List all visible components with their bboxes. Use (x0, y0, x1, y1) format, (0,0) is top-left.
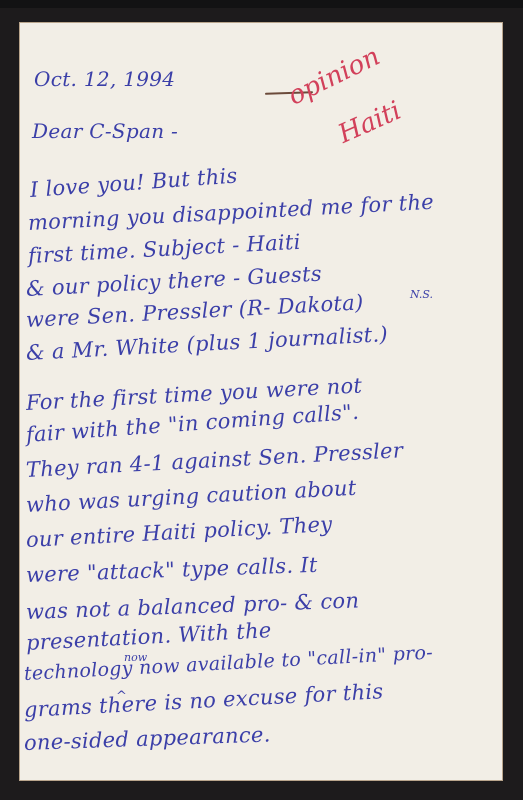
letter-date: Oct. 12, 1994 (34, 67, 175, 91)
body-line: was not a balanced pro- & con (26, 588, 360, 624)
body-line: who was urging caution about (25, 476, 357, 517)
body-line: presentation. With the (25, 618, 272, 655)
body-line: one-sided appearance. (24, 722, 271, 755)
body-line: were "attack" type calls. It (26, 553, 318, 587)
body-line: first time. Subject - Haiti (27, 230, 301, 268)
body-line: I love you! But this (29, 164, 238, 202)
letter-salutation: Dear C-Span - (32, 119, 178, 143)
body-line: our entire Haiti policy. They (25, 512, 333, 552)
red-annotation-haiti: Haiti (334, 96, 406, 150)
letter-page: Oct. 12, 1994 Dear C-Span - opinion Hait… (20, 23, 502, 780)
scanner-frame-edge (0, 0, 523, 8)
body-line: grams there is no excuse for this (23, 679, 384, 722)
red-annotation-opinion: opinion (283, 42, 384, 112)
interlinear-note-ns: N.S. (410, 288, 433, 301)
